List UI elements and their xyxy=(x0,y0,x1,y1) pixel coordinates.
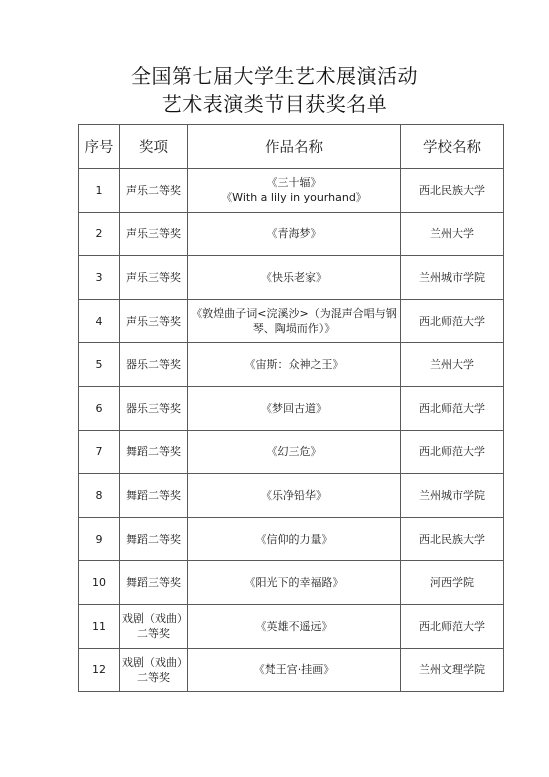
document-title: 全国第七届大学生艺术展演活动 艺术表演类节目获奖名单 xyxy=(0,62,549,118)
cell-work: 《信仰的力量》 xyxy=(188,517,401,561)
cell-work: 《敦煌曲子词<浣溪沙>（为混声合唱与钢 琴、陶埙而作）》 xyxy=(188,299,401,343)
cell-index: 11 xyxy=(79,604,120,648)
cell-work: 《阳光下的幸福路》 xyxy=(188,561,401,605)
cell-award: 戏剧（戏曲） 二等奖 xyxy=(120,648,188,692)
cell-work: 《英雄不遥远》 xyxy=(188,604,401,648)
header-index: 序号 xyxy=(79,125,120,169)
table-body: 1 声乐二等奖 《三十辐》 《With a lily in yourhand》 … xyxy=(79,169,504,692)
cell-school: 河西学院 xyxy=(401,561,504,605)
work-title: 《乐净铅华》 xyxy=(190,488,398,503)
cell-award: 舞蹈二等奖 xyxy=(120,474,188,518)
award-line: 戏剧（戏曲） xyxy=(122,611,185,626)
award-table: 序号 奖项 作品名称 学校名称 1 声乐二等奖 《三十辐》 《With a li… xyxy=(78,124,504,692)
cell-work: 《幻三危》 xyxy=(188,430,401,474)
award-line: 二等奖 xyxy=(122,626,185,641)
work-title: 《快乐老家》 xyxy=(190,270,398,285)
cell-index: 2 xyxy=(79,212,120,256)
table-row: 6 器乐三等奖 《梦回古道》 西北师范大学 xyxy=(79,386,504,430)
cell-work: 《梵王宫·挂画》 xyxy=(188,648,401,692)
table-row: 3 声乐三等奖 《快乐老家》 兰州城市学院 xyxy=(79,256,504,300)
table-row: 10 舞蹈三等奖 《阳光下的幸福路》 河西学院 xyxy=(79,561,504,605)
award-line: 二等奖 xyxy=(122,670,185,685)
cell-school: 西北师范大学 xyxy=(401,604,504,648)
cell-award: 声乐三等奖 xyxy=(120,212,188,256)
cell-work: 《青海梦》 xyxy=(188,212,401,256)
work-title: 《With a lily in yourhand》 xyxy=(190,190,398,205)
table-row: 1 声乐二等奖 《三十辐》 《With a lily in yourhand》 … xyxy=(79,169,504,213)
cell-work: 《梦回古道》 xyxy=(188,386,401,430)
cell-index: 7 xyxy=(79,430,120,474)
title-line-2: 艺术表演类节目获奖名单 xyxy=(0,90,549,118)
cell-work: 《乐净铅华》 xyxy=(188,474,401,518)
table-header-row: 序号 奖项 作品名称 学校名称 xyxy=(79,125,504,169)
work-title: 《梵王宫·挂画》 xyxy=(190,662,398,677)
cell-school: 西北师范大学 xyxy=(401,430,504,474)
cell-school: 西北民族大学 xyxy=(401,169,504,213)
cell-index: 4 xyxy=(79,299,120,343)
cell-school: 兰州大学 xyxy=(401,212,504,256)
cell-award: 舞蹈二等奖 xyxy=(120,517,188,561)
table-row: 8 舞蹈二等奖 《乐净铅华》 兰州城市学院 xyxy=(79,474,504,518)
cell-school: 兰州大学 xyxy=(401,343,504,387)
cell-award: 舞蹈三等奖 xyxy=(120,561,188,605)
work-title: 《幻三危》 xyxy=(190,444,398,459)
cell-work: 《三十辐》 《With a lily in yourhand》 xyxy=(188,169,401,213)
table-row: 7 舞蹈二等奖 《幻三危》 西北师范大学 xyxy=(79,430,504,474)
work-title: 《英雄不遥远》 xyxy=(190,619,398,634)
cell-work: 《宙斯：众神之王》 xyxy=(188,343,401,387)
cell-index: 9 xyxy=(79,517,120,561)
work-title: 《敦煌曲子词<浣溪沙>（为混声合唱与钢 xyxy=(190,306,398,321)
award-line: 戏剧（戏曲） xyxy=(122,655,185,670)
table-row: 5 器乐二等奖 《宙斯：众神之王》 兰州大学 xyxy=(79,343,504,387)
cell-index: 8 xyxy=(79,474,120,518)
header-award: 奖项 xyxy=(120,125,188,169)
cell-award: 声乐三等奖 xyxy=(120,256,188,300)
cell-award: 器乐二等奖 xyxy=(120,343,188,387)
table-row: 2 声乐三等奖 《青海梦》 兰州大学 xyxy=(79,212,504,256)
work-title: 《阳光下的幸福路》 xyxy=(190,575,398,590)
work-title: 《青海梦》 xyxy=(190,226,398,241)
cell-school: 兰州城市学院 xyxy=(401,474,504,518)
work-title: 琴、陶埙而作）》 xyxy=(190,321,398,336)
cell-award: 声乐二等奖 xyxy=(120,169,188,213)
cell-work: 《快乐老家》 xyxy=(188,256,401,300)
cell-index: 6 xyxy=(79,386,120,430)
cell-index: 5 xyxy=(79,343,120,387)
cell-school: 西北师范大学 xyxy=(401,299,504,343)
work-title: 《宙斯：众神之王》 xyxy=(190,357,398,372)
work-title: 《三十辐》 xyxy=(190,175,398,190)
cell-award: 声乐三等奖 xyxy=(120,299,188,343)
title-line-1: 全国第七届大学生艺术展演活动 xyxy=(0,62,549,90)
header-school: 学校名称 xyxy=(401,125,504,169)
table-row: 4 声乐三等奖 《敦煌曲子词<浣溪沙>（为混声合唱与钢 琴、陶埙而作）》 西北师… xyxy=(79,299,504,343)
cell-index: 10 xyxy=(79,561,120,605)
cell-school: 兰州文理学院 xyxy=(401,648,504,692)
work-title: 《梦回古道》 xyxy=(190,401,398,416)
cell-award: 舞蹈二等奖 xyxy=(120,430,188,474)
cell-award: 戏剧（戏曲） 二等奖 xyxy=(120,604,188,648)
cell-school: 兰州城市学院 xyxy=(401,256,504,300)
cell-award: 器乐三等奖 xyxy=(120,386,188,430)
header-work: 作品名称 xyxy=(188,125,401,169)
cell-school: 西北民族大学 xyxy=(401,517,504,561)
cell-index: 3 xyxy=(79,256,120,300)
table-row: 9 舞蹈二等奖 《信仰的力量》 西北民族大学 xyxy=(79,517,504,561)
work-title: 《信仰的力量》 xyxy=(190,532,398,547)
table-row: 12 戏剧（戏曲） 二等奖 《梵王宫·挂画》 兰州文理学院 xyxy=(79,648,504,692)
cell-index: 12 xyxy=(79,648,120,692)
cell-index: 1 xyxy=(79,169,120,213)
cell-school: 西北师范大学 xyxy=(401,386,504,430)
table-row: 11 戏剧（戏曲） 二等奖 《英雄不遥远》 西北师范大学 xyxy=(79,604,504,648)
